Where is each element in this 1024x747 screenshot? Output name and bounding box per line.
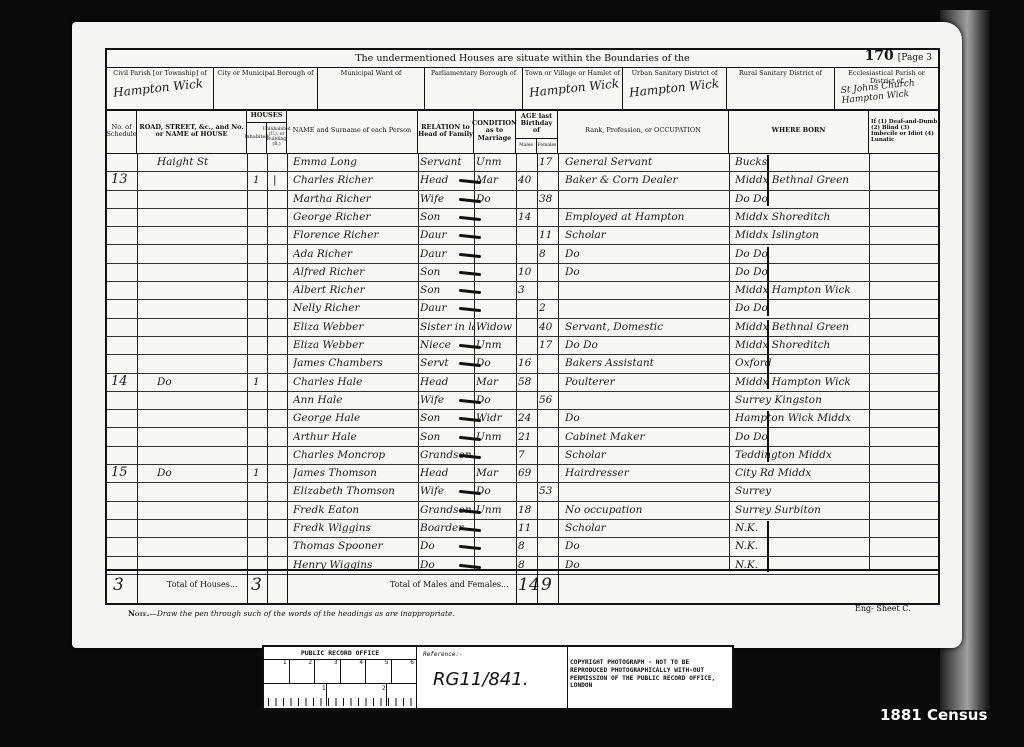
row-inhabited xyxy=(253,391,265,409)
row-inhabited xyxy=(253,263,265,281)
row-age-male: 16 xyxy=(518,354,537,372)
row-occupation: Cabinet Maker xyxy=(565,428,729,446)
row-road xyxy=(157,354,245,372)
total-schedules: 3 xyxy=(113,575,124,595)
table-row: Arthur HaleSonUnm21Cabinet MakerDo Do xyxy=(107,428,938,447)
enumerator-check-mark xyxy=(767,155,769,206)
row-where-born: Surrey Surbiton xyxy=(735,501,869,519)
footer-note: Note.—Draw the pen through such of the w… xyxy=(128,609,455,618)
row-uninhabited xyxy=(273,153,285,171)
ruler-inch: 1 2 xyxy=(264,684,416,708)
row-occupation: No occupation xyxy=(565,501,729,519)
row-condition: Mar xyxy=(476,373,516,391)
row-name: Eliza Webber xyxy=(293,318,417,336)
row-where-born: Surrey Kingston xyxy=(735,391,869,409)
row-where-born: Teddington Middx xyxy=(735,446,869,464)
folio-number: 170[Page 3 xyxy=(865,48,932,67)
row-age-female: 11 xyxy=(539,226,558,244)
col-where-born: WHERE BORN xyxy=(729,109,869,153)
col-age: AGE last Birthday of xyxy=(516,109,558,139)
table-row: George RicherSon14Employed at HamptonMid… xyxy=(107,208,938,227)
row-where-born: Surrey xyxy=(735,482,869,500)
row-age-male xyxy=(518,226,537,244)
table-row: Haight StEmma LongServantUnm17General Se… xyxy=(107,153,938,172)
row-condition: Do xyxy=(476,391,516,409)
row-age-female xyxy=(539,537,558,555)
row-condition: Widow xyxy=(476,318,516,336)
col-houses: HOUSES xyxy=(247,109,287,123)
row-schedule xyxy=(111,501,135,519)
row-road xyxy=(157,501,245,519)
enumerator-check-mark xyxy=(767,247,769,316)
row-name: Eliza Webber xyxy=(293,336,417,354)
row-road xyxy=(157,409,245,427)
pro-reference-panel: Reference:- RG11/841. xyxy=(417,647,568,708)
row-age-male: 10 xyxy=(518,263,537,281)
enumerator-check-mark xyxy=(767,320,769,389)
row-road xyxy=(157,245,245,263)
area-parliamentary-borough: Parliamentary Borough of xyxy=(425,67,523,109)
row-age-male: 58 xyxy=(518,373,537,391)
row-age-male xyxy=(518,190,537,208)
row-condition xyxy=(476,299,516,317)
row-schedule: 13 xyxy=(111,171,135,189)
area-label: Civil Parish [or Township] of xyxy=(107,67,213,77)
row-road xyxy=(157,208,245,226)
row-road xyxy=(157,428,245,446)
col-road: ROAD, STREET, &c., and No. or NAME of HO… xyxy=(137,109,247,153)
row-age-female: 17 xyxy=(539,153,558,171)
row-name: George Hale xyxy=(293,409,417,427)
row-uninhabited xyxy=(273,281,285,299)
row-name: Alfred Richer xyxy=(293,263,417,281)
row-road xyxy=(157,226,245,244)
row-occupation xyxy=(565,281,729,299)
table-row: Charles MoncropGrandson7ScholarTeddingto… xyxy=(107,446,938,465)
row-name: Martha Richer xyxy=(293,190,417,208)
row-where-born: City Rd Middx xyxy=(735,464,869,482)
row-condition xyxy=(476,245,516,263)
ruler-tick: 4 xyxy=(341,659,367,683)
area-label: City or Municipal Borough of xyxy=(214,67,317,77)
row-name: Elizabeth Thomson xyxy=(293,482,417,500)
area-municipal-ward: Municipal Ward of xyxy=(318,67,425,109)
row-uninhabited xyxy=(273,373,285,391)
row-schedule xyxy=(111,153,135,171)
row-inhabited: 1 xyxy=(253,373,265,391)
row-schedule xyxy=(111,482,135,500)
row-inhabited xyxy=(253,501,265,519)
row-inhabited xyxy=(253,226,265,244)
row-uninhabited xyxy=(273,428,285,446)
row-inhabited xyxy=(253,281,265,299)
folio-value: 170 xyxy=(865,48,894,64)
table-row: Eliza WebberNieceUnm17Do DoMiddx Shoredi… xyxy=(107,336,938,355)
row-condition xyxy=(476,263,516,281)
row-uninhabited xyxy=(273,482,285,500)
row-occupation: Servant, Domestic xyxy=(565,318,729,336)
row-occupation xyxy=(565,482,729,500)
row-age-female xyxy=(539,428,558,446)
row-name: George Richer xyxy=(293,208,417,226)
row-road xyxy=(157,537,245,555)
row-where-born: Do Do xyxy=(735,190,869,208)
row-schedule xyxy=(111,299,135,317)
row-inhabited xyxy=(253,208,265,226)
total-houses-label: Total of Houses... xyxy=(167,580,237,589)
total-houses: 3 xyxy=(251,575,262,595)
row-age-female: 56 xyxy=(539,391,558,409)
row-condition: Unm xyxy=(476,153,516,171)
row-where-born: Do Do xyxy=(735,245,869,263)
row-condition xyxy=(476,281,516,299)
row-uninhabited xyxy=(273,537,285,555)
row-age-male xyxy=(518,391,537,409)
row-uninhabited xyxy=(273,391,285,409)
row-occupation xyxy=(565,190,729,208)
row-age-male: 18 xyxy=(518,501,537,519)
form-title: The undermentioned Houses are situate wi… xyxy=(107,50,938,68)
row-schedule xyxy=(111,208,135,226)
row-relation: Sister in law xyxy=(420,318,474,336)
row-age-female: 40 xyxy=(539,318,558,336)
row-road xyxy=(157,299,245,317)
row-age-male: 21 xyxy=(518,428,537,446)
row-schedule xyxy=(111,354,135,372)
row-schedule xyxy=(111,190,135,208)
row-road xyxy=(157,336,245,354)
row-where-born: Middx Bethnal Green xyxy=(735,171,869,189)
table-row: Eliza WebberSister in lawWidow40Servant,… xyxy=(107,318,938,337)
row-occupation: Poulterer xyxy=(565,373,729,391)
record-office-label: PUBLIC RECORD OFFICE 1 2 3 4 5 6 1 2 Ref… xyxy=(262,645,734,710)
row-condition: Widr xyxy=(476,409,516,427)
row-uninhabited xyxy=(273,446,285,464)
row-age-female: 2 xyxy=(539,299,558,317)
note-prefix: Note. xyxy=(128,609,149,618)
table-row: Elizabeth ThomsonWifeDo53Surrey xyxy=(107,482,938,501)
row-condition: Do xyxy=(476,190,516,208)
row-condition xyxy=(476,446,516,464)
row-condition: Do xyxy=(476,354,516,372)
row-uninhabited xyxy=(273,464,285,482)
area-value: Hampton Wick xyxy=(113,76,204,99)
row-schedule xyxy=(111,409,135,427)
row-condition: Unm xyxy=(476,428,516,446)
row-occupation: Do Do xyxy=(565,336,729,354)
row-name: Charles Hale xyxy=(293,373,417,391)
total-persons-label: Total of Males and Females... xyxy=(390,580,509,589)
table-row: 131|Charles RicherHeadMar40Baker & Corn … xyxy=(107,171,938,190)
row-age-female xyxy=(539,446,558,464)
ruler-tick: 3 xyxy=(315,659,341,683)
row-age-female xyxy=(539,501,558,519)
row-occupation: Do xyxy=(565,409,729,427)
row-name: Florence Richer xyxy=(293,226,417,244)
row-where-born: Hampton Wick Middx xyxy=(735,409,869,427)
ruler-tick: 6 xyxy=(392,659,417,683)
row-age-female xyxy=(539,519,558,537)
row-name: Ada Richer xyxy=(293,245,417,263)
row-occupation: Hairdresser xyxy=(565,464,729,482)
row-road: Haight St xyxy=(157,153,245,171)
row-schedule xyxy=(111,537,135,555)
ruler-tick: 1 xyxy=(264,659,290,683)
area-municipal-borough: City or Municipal Borough of xyxy=(214,67,318,109)
row-name: James Thomson xyxy=(293,464,417,482)
row-where-born: Do Do xyxy=(735,299,869,317)
row-schedule xyxy=(111,318,135,336)
table-row: Florence RicherDaur11ScholarMiddx Isling… xyxy=(107,226,938,245)
row-road xyxy=(157,482,245,500)
row-where-born: Middx Hampton Wick xyxy=(735,373,869,391)
row-relation: Servant xyxy=(420,153,474,171)
row-where-born: Middx Islington xyxy=(735,226,869,244)
enumerator-check-mark xyxy=(767,430,769,463)
row-name: Charles Moncrop xyxy=(293,446,417,464)
row-age-male: 40 xyxy=(518,171,537,189)
area-label: Rural Sanitary District of xyxy=(727,67,834,77)
row-occupation xyxy=(565,391,729,409)
row-inhabited xyxy=(253,519,265,537)
total-females: 9 xyxy=(541,575,552,595)
table-row: Albert RicherSon3Middx Hampton Wick xyxy=(107,281,938,300)
row-occupation: Scholar xyxy=(565,519,729,537)
row-occupation xyxy=(565,299,729,317)
row-age-male xyxy=(518,299,537,317)
row-where-born: Middx Bethnal Green xyxy=(735,318,869,336)
row-schedule: 15 xyxy=(111,464,135,482)
row-age-male xyxy=(518,245,537,263)
census-form: The undermentioned Houses are situate wi… xyxy=(105,48,940,605)
row-age-female xyxy=(539,373,558,391)
row-occupation: Scholar xyxy=(565,226,729,244)
row-inhabited xyxy=(253,190,265,208)
row-where-born: Middx Shoreditch xyxy=(735,336,869,354)
row-age-male: 24 xyxy=(518,409,537,427)
area-town-village: Town or Village or Hamlet of Hampton Wic… xyxy=(523,67,623,109)
row-name: Nelly Richer xyxy=(293,299,417,317)
row-condition: Unm xyxy=(476,336,516,354)
row-age-male: 8 xyxy=(518,537,537,555)
row-where-born: Middx Shoreditch xyxy=(735,208,869,226)
row-age-female xyxy=(539,263,558,281)
row-name: Emma Long xyxy=(293,153,417,171)
row-age-male: 3 xyxy=(518,281,537,299)
col-females: Females xyxy=(537,139,558,153)
area-civil-parish: Civil Parish [or Township] of Hampton Wi… xyxy=(107,67,214,109)
row-age-male: 69 xyxy=(518,464,537,482)
table-row: Fredk EatonGrandsonUnm18No occupationSur… xyxy=(107,501,938,520)
row-schedule xyxy=(111,245,135,263)
reference-value: RG11/841. xyxy=(433,669,529,690)
row-schedule xyxy=(111,428,135,446)
row-age-female: 53 xyxy=(539,482,558,500)
row-where-born: Middx Hampton Wick xyxy=(735,281,869,299)
table-row: Thomas SpoonerDo8DoN.K. xyxy=(107,537,938,556)
row-schedule xyxy=(111,226,135,244)
row-inhabited xyxy=(253,336,265,354)
table-row: Alfred RicherSon10DoDo Do xyxy=(107,263,938,282)
row-where-born: Bucks xyxy=(735,153,869,171)
row-schedule xyxy=(111,281,135,299)
row-uninhabited xyxy=(273,501,285,519)
row-condition: Mar xyxy=(476,464,516,482)
row-age-female xyxy=(539,354,558,372)
row-road: Do xyxy=(157,464,245,482)
area-header-row: Civil Parish [or Township] of Hampton Wi… xyxy=(107,67,938,111)
col-schedule: No. of Schedule xyxy=(107,109,137,153)
row-uninhabited xyxy=(273,354,285,372)
row-road xyxy=(157,446,245,464)
row-relation: Head xyxy=(420,464,474,482)
area-label: Parliamentary Borough of xyxy=(425,67,522,77)
area-value: Hampton Wick xyxy=(529,76,620,99)
row-road xyxy=(157,281,245,299)
row-age-male: 14 xyxy=(518,208,537,226)
reference-label: Reference:- xyxy=(423,651,463,658)
table-row: Martha RicherWifeDo38Do Do xyxy=(107,190,938,209)
row-inhabited xyxy=(253,446,265,464)
row-condition: Do xyxy=(476,482,516,500)
row-where-born: N.K. xyxy=(735,537,869,555)
row-road xyxy=(157,263,245,281)
row-uninhabited xyxy=(273,299,285,317)
row-name: Albert Richer xyxy=(293,281,417,299)
row-inhabited: 1 xyxy=(253,171,265,189)
row-uninhabited xyxy=(273,519,285,537)
row-inhabited xyxy=(253,537,265,555)
row-inhabited xyxy=(253,409,265,427)
row-condition xyxy=(476,519,516,537)
row-uninhabited: | xyxy=(273,171,285,189)
area-rural-sanitary: Rural Sanitary District of xyxy=(727,67,835,109)
row-where-born: N.K. xyxy=(735,519,869,537)
row-age-male: 11 xyxy=(518,519,537,537)
row-occupation: Bakers Assistant xyxy=(565,354,729,372)
row-inhabited xyxy=(253,482,265,500)
row-uninhabited xyxy=(273,263,285,281)
row-condition xyxy=(476,208,516,226)
row-age-female xyxy=(539,409,558,427)
row-uninhabited xyxy=(273,190,285,208)
area-ecclesiastical-parish: Ecclesiastical Parish or District of St … xyxy=(835,67,938,109)
sheet-label: Eng- Sheet C. xyxy=(855,604,911,613)
col-uninhabited: Uninhabited (U.), or Building (B.) xyxy=(267,123,287,153)
row-relation: Head xyxy=(420,373,474,391)
title-text: The undermentioned Houses are situate wi… xyxy=(355,53,690,64)
area-value: Hampton Wick xyxy=(629,76,720,99)
row-age-female: 17 xyxy=(539,336,558,354)
row-schedule: 14 xyxy=(111,373,135,391)
row-uninhabited xyxy=(273,318,285,336)
table-row: James ChambersServtDo16Bakers AssistantO… xyxy=(107,354,938,373)
household-table: Haight StEmma LongServantUnm17General Se… xyxy=(107,153,938,575)
row-name: Ann Hale xyxy=(293,391,417,409)
row-road xyxy=(157,318,245,336)
table-row: Ada RicherDaur8DoDo Do xyxy=(107,245,938,264)
row-inhabited xyxy=(253,153,265,171)
totals-row: 3 Total of Houses... 3 Total of Males an… xyxy=(107,569,938,603)
note-text: —Draw the pen through such of the words … xyxy=(149,609,455,618)
row-schedule xyxy=(111,263,135,281)
row-schedule xyxy=(111,391,135,409)
row-inhabited xyxy=(253,318,265,336)
row-name: Fredk Eaton xyxy=(293,501,417,519)
table-row: Nelly RicherDaur2Do Do xyxy=(107,299,938,318)
area-label: Urban Sanitary District of xyxy=(623,67,726,77)
row-where-born: Oxford xyxy=(735,354,869,372)
row-road xyxy=(157,391,245,409)
row-age-male xyxy=(518,153,537,171)
enumerator-check-mark xyxy=(767,521,769,572)
ruler-cm: 1 2 3 4 5 6 xyxy=(264,659,416,684)
row-occupation: Do xyxy=(565,537,729,555)
row-where-born: Do Do xyxy=(735,428,869,446)
row-age-female: 38 xyxy=(539,190,558,208)
row-condition: Mar xyxy=(476,171,516,189)
row-age-male xyxy=(518,318,537,336)
row-occupation: Employed at Hampton xyxy=(565,208,729,226)
row-name: Arthur Hale xyxy=(293,428,417,446)
table-row: 14Do1Charles HaleHeadMar58PoultererMiddx… xyxy=(107,373,938,392)
row-inhabited: 1 xyxy=(253,464,265,482)
row-uninhabited xyxy=(273,336,285,354)
row-condition xyxy=(476,537,516,555)
row-road xyxy=(157,171,245,189)
row-road: Do xyxy=(157,373,245,391)
col-condition: CONDITION as to Marriage xyxy=(474,109,516,153)
table-row: Ann HaleWifeDo56Surrey Kingston xyxy=(107,391,938,410)
row-uninhabited xyxy=(273,245,285,263)
row-uninhabited xyxy=(273,208,285,226)
row-name: Thomas Spooner xyxy=(293,537,417,555)
row-uninhabited xyxy=(273,409,285,427)
ruler-tick: 5 xyxy=(366,659,392,683)
row-inhabited xyxy=(253,354,265,372)
ruler-tick: 2 xyxy=(290,659,316,683)
col-males: Males xyxy=(516,139,537,153)
row-inhabited xyxy=(253,428,265,446)
table-row: George HaleSonWidr24DoHampton Wick Middx xyxy=(107,409,938,428)
row-road xyxy=(157,190,245,208)
table-row: 15Do1James ThomsonHeadMar69HairdresserCi… xyxy=(107,464,938,483)
table-row: Fredk WigginsBoarder11ScholarN.K. xyxy=(107,519,938,538)
row-uninhabited xyxy=(273,226,285,244)
census-watermark: 1881 Census xyxy=(880,706,987,724)
row-age-male xyxy=(518,336,537,354)
row-name: Charles Richer xyxy=(293,171,417,189)
row-age-female xyxy=(539,208,558,226)
row-occupation: Do xyxy=(565,245,729,263)
row-schedule xyxy=(111,336,135,354)
row-age-female xyxy=(539,171,558,189)
row-condition: Unm xyxy=(476,501,516,519)
row-name: Fredk Wiggins xyxy=(293,519,417,537)
row-schedule xyxy=(111,519,135,537)
area-urban-sanitary: Urban Sanitary District of Hampton Wick xyxy=(623,67,727,109)
area-label: Municipal Ward of xyxy=(318,67,424,77)
row-inhabited xyxy=(253,245,265,263)
col-infirmity: If (1) Deaf-and-Dumb (2) Blind (3) Imbec… xyxy=(869,109,938,153)
column-header-row: No. of Schedule ROAD, STREET, &c., and N… xyxy=(107,109,938,154)
row-condition xyxy=(476,226,516,244)
row-name: James Chambers xyxy=(293,354,417,372)
row-age-female xyxy=(539,281,558,299)
row-occupation: Do xyxy=(565,263,729,281)
row-road xyxy=(157,519,245,537)
pro-ruler-panel: PUBLIC RECORD OFFICE 1 2 3 4 5 6 1 2 xyxy=(264,647,417,708)
